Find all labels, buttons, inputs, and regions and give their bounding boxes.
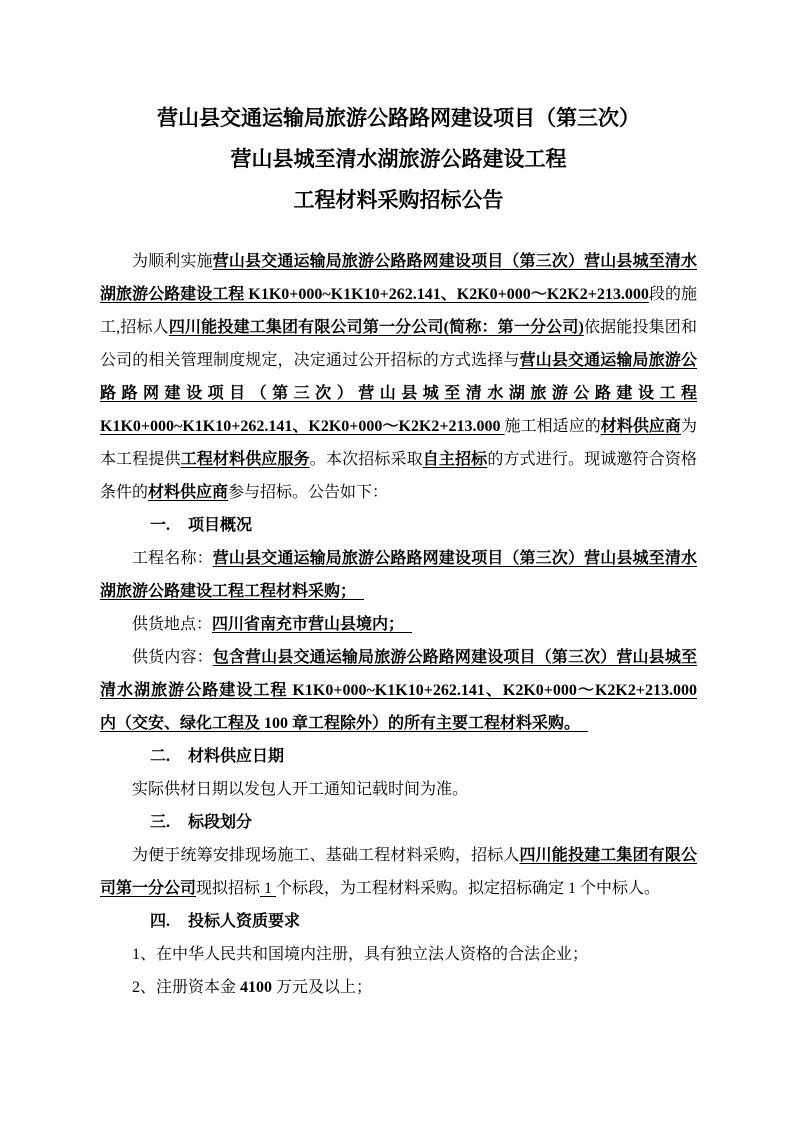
text-run: 工程名称： [132,550,213,567]
section-heading-project-overview: 一.项目概况 [100,509,697,542]
text-run: 参与招标。公告如下： [228,484,388,501]
text-run: 材料供应商 [601,418,681,435]
lot-division-paragraph: 为便于统筹安排现场施工、基础工程材料采购，招标人四川能投建工集团有限公司第一分公… [100,839,697,905]
section-number: 二. [150,740,170,773]
section-number: 一. [150,509,170,542]
supply-content-paragraph: 供货内容：包含营山县交通运输局旅游公路路网建设项目（第三次）营山县城至清水湖旅游… [100,641,697,740]
section-heading-bidder-qualification: 四.投标人资质要求 [100,905,697,938]
section-heading-lot-division: 三.标段划分 [100,806,697,839]
qualification-item-1: 1、在中华人民共和国境内注册，具有独立法人资格的合法企业； [100,938,697,971]
text-run: 为便于统筹安排现场施工、基础工程材料采购，招标人 [132,847,520,864]
intro-paragraph: 为顺利实施营山县交通运输局旅游公路路网建设项目（第三次）营山县城至清水湖旅游公路… [100,245,697,509]
section-title: 投标人资质要求 [188,913,300,930]
title-line-3: 工程材料采购招标公告 [100,180,697,221]
text-run: 万元及以上； [272,979,372,996]
text-run: 自主招标 [423,451,488,468]
text-run: 现拟招标 [196,880,260,897]
text-run: 1、在中华人民共和国境内注册，具有独立法人资格的合法企业； [132,946,588,963]
text-run: 个标段，为工程材料采购。拟定招标确定 1 个中标人。 [276,880,660,897]
text-run: 1 [260,880,276,897]
section-title: 项目概况 [188,517,252,534]
text-run: 4100 [240,979,272,996]
supply-date-paragraph: 实际供材日期以发包人开工通知记载时间为准。 [100,773,697,806]
text-run: 。本次招标采取 [310,451,423,468]
section-number: 四. [150,905,170,938]
text-run: 供货内容： [132,649,213,666]
project-name-paragraph: 工程名称：营山县交通运输局旅游公路路网建设项目（第三次）营山县城至清水湖旅游公路… [100,542,697,608]
section-title: 标段划分 [188,814,252,831]
document-title: 营山县交通运输局旅游公路路网建设项目（第三次） 营山县城至清水湖旅游公路建设工程… [100,98,697,221]
document-page: 营山县交通运输局旅游公路路网建设项目（第三次） 营山县城至清水湖旅游公路建设工程… [0,0,794,1123]
text-run: 工程材料供应服务 [181,451,310,468]
text-run: 实际供材日期以发包人开工通知记载时间为准。 [132,781,468,798]
text-run: 2、注册资本金 [132,979,240,996]
text-run: 四川能投建工集团有限公司第一分公司(简称：第一分公司) [169,319,584,336]
title-line-2: 营山县城至清水湖旅游公路建设工程 [100,139,697,180]
section-heading-supply-date: 二.材料供应日期 [100,740,697,773]
title-line-1: 营山县交通运输局旅游公路路网建设项目（第三次） [100,98,697,139]
qualification-item-2: 2、注册资本金 4100 万元及以上； [100,971,697,1004]
text-run: 材料供应商 [148,484,228,501]
section-number: 三. [150,806,170,839]
text-run: 供货地点： [132,616,212,633]
text-run: 四川省南充市营山县境内； [212,616,412,633]
text-run: 施工相适应的 [505,418,601,435]
supply-location-paragraph: 供货地点：四川省南充市营山县境内； [100,608,697,641]
section-title: 材料供应日期 [188,748,284,765]
text-run: 为顺利实施 [132,253,213,270]
